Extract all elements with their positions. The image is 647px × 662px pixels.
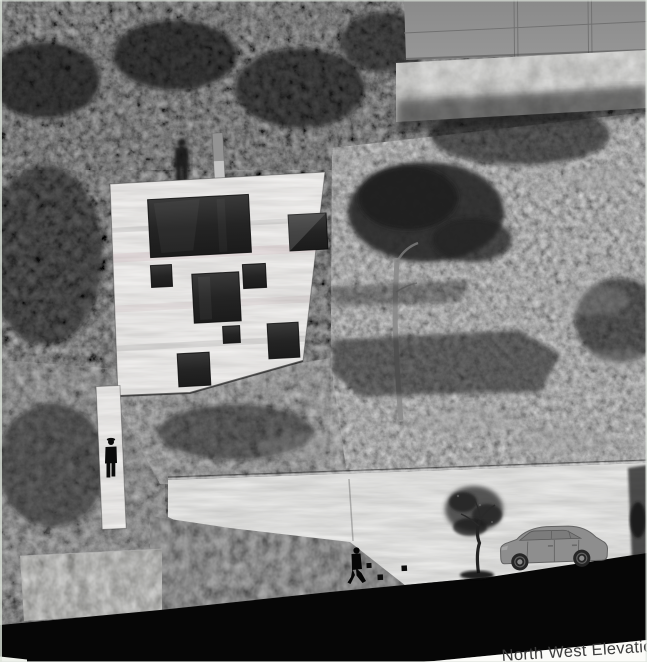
right-edge-shrub [630, 502, 646, 538]
car-door-handle [572, 544, 577, 546]
window-opening [223, 326, 241, 344]
rubble-stone-wall [20, 549, 162, 621]
olive-canopy-clump [453, 518, 487, 536]
window-opening [192, 272, 242, 323]
window-opening [267, 322, 300, 359]
window-opening [150, 264, 172, 287]
window-opening [148, 194, 252, 257]
car-door-handle [548, 545, 553, 547]
olive-canopy-clump [449, 492, 477, 512]
neighbor-building [404, 0, 647, 60]
olive-base-mound [460, 571, 494, 580]
window-opening [242, 263, 266, 288]
pine-canopy-core [358, 166, 458, 230]
rock-terrace-band [332, 330, 560, 396]
window-opening [177, 352, 211, 387]
elevation-rendering: North West Elevation [0, 0, 647, 662]
figure-on-roof [173, 138, 191, 186]
elevation-canvas: North West Elevation [0, 0, 647, 662]
window-opening [288, 213, 328, 251]
pine-canopy-edge [432, 218, 512, 262]
